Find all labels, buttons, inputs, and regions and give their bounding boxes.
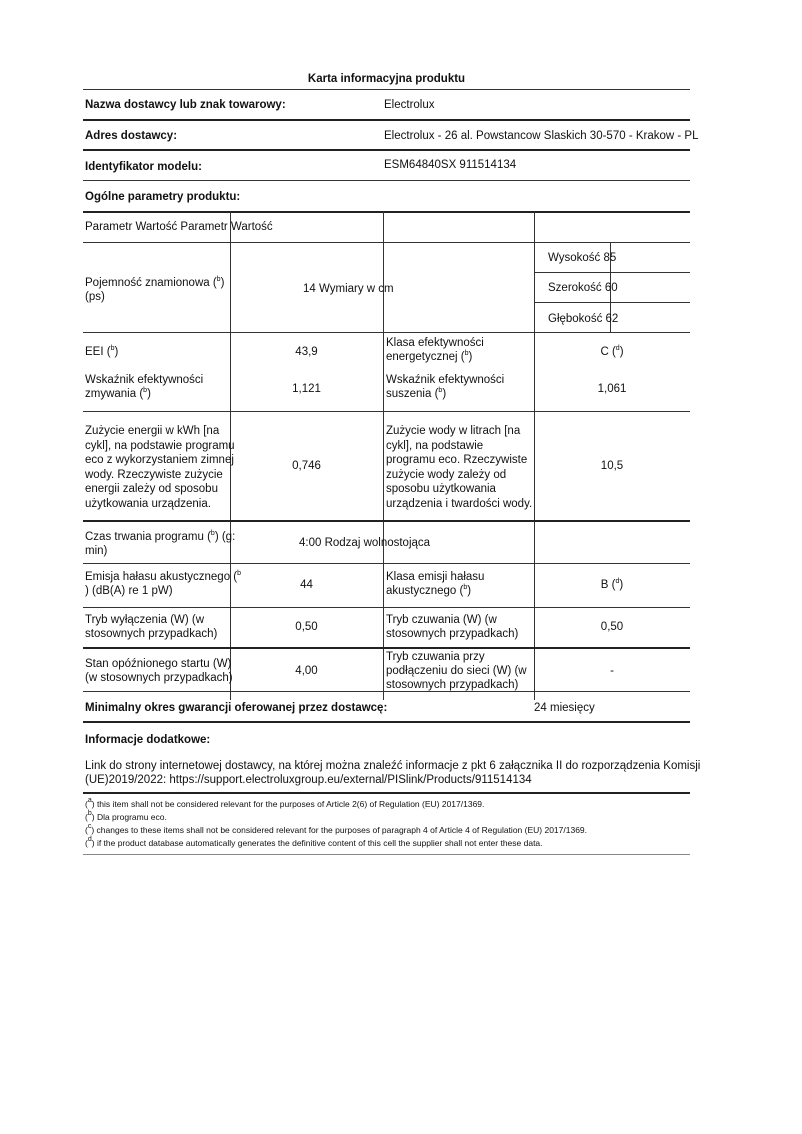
dry-efficiency-label: Wskaźnik efektywnościsuszenia (b) [386,373,504,401]
label-line: cykl], na podstawie programu [85,440,235,452]
wash-efficiency-label: Wskaźnik efektywnościzmywania (b) [85,373,203,401]
row-divider [83,520,690,522]
additional-info-link[interactable]: (UE)2019/2022: https://support.electrolu… [85,773,532,787]
energy-consumption-value: 0,746 [230,459,383,473]
water-consumption-label: Zużycie wody w litrach [nacykl], na pods… [386,424,532,511]
supplier-name-label: Nazwa dostawcy lub znak towarowy: [85,98,286,112]
row-divider [83,411,690,412]
divider [83,149,690,151]
program-duration-value: 4:00 Rodzaj wolnostojąca [299,536,430,550]
water-consumption-value: 10,5 [534,459,690,473]
general-params-heading: Ogólne parametry produktu: [85,190,240,204]
supplier-address-value: Electrolux - 26 al. Powstancow Slaskich … [384,129,698,143]
divider [83,180,690,181]
row-divider [83,563,690,564]
capacity-label: Pojemność znamionowa (b) [85,276,224,290]
model-id-label: Identyfikator modelu: [85,160,202,174]
label-line: Zużycie energii w kWh [na [85,425,219,437]
table-top-border [83,211,690,213]
dimension-width: Szerokość 60 [548,281,618,295]
footnote-a: (a) this item shall not be considered re… [85,799,484,810]
label-line: programu eco. Rzeczywiste [386,454,527,466]
delay-start-label: Stan opóźnionego startu (W)(w stosownych… [85,657,233,685]
divider [83,89,690,90]
noise-emission-label: Emisja hałasu akustycznego (b) (dB(A) re… [85,570,241,598]
eei-label: EEI (b) [85,345,118,359]
warranty-label: Minimalny okres gwarancji oferowanej prz… [85,701,387,715]
energy-class-label: Klasa efektywnościenergetycznej (b) [386,336,484,364]
energy-consumption-label: Zużycie energii w kWh [nacykl], na podst… [85,424,235,511]
row-divider [83,332,690,333]
wash-efficiency-value: 1,121 [230,382,383,396]
label-line: sposobu użytkowania [386,483,496,495]
footnote-d: (d) if the product database automaticall… [85,838,543,849]
standby-mode-value: 0,50 [534,620,690,634]
label-line: użytkowania urządzenia. [85,498,211,510]
footnote-c: (c) changes to these items shall not be … [85,825,587,836]
footnote-b: (b) Dla programu eco. [85,812,167,823]
standby-mode-label: Tryb czuwania (W) (wstosownych przypadka… [386,613,518,641]
eei-value: 43,9 [230,345,383,359]
sheet-title: Karta informacyjna produktu [83,72,690,86]
networked-standby-value: - [534,664,690,678]
model-id-value: ESM64840SX 911514134 [384,158,516,172]
row-divider [83,242,690,243]
off-mode-label: Tryb wyłączenia (W) (wstosownych przypad… [85,613,217,641]
additional-info-text-line1: Link do strony internetowej dostawcy, na… [85,759,700,773]
label-line: Zużycie wody w litrach [na [386,425,520,437]
networked-standby-label: Tryb czuwania przypodłączeniu do sieci (… [386,650,527,692]
label-line: urządzenia i twardości wody. [386,498,532,510]
supplier-address-label: Adres dostawcy: [85,129,177,143]
divider [83,721,690,723]
row-divider [83,607,690,608]
dimension-depth: Głębokość 62 [548,312,618,326]
off-mode-value: 0,50 [230,620,383,634]
dimension-height: Wysokość 85 [548,251,616,265]
label-line: energii zależy od sposobu [85,483,218,495]
row-divider [83,647,690,649]
delay-start-value: 4,00 [230,664,383,678]
divider [83,854,690,855]
label-line: wody. Rzeczywiste zużycie [85,469,223,481]
dimension-divider [534,272,690,273]
divider [83,119,690,121]
program-duration-label: Czas trwania programu (b) (g:min) [85,530,235,558]
table-header-row: Parametr Wartość Parametr Wartość [85,220,273,234]
additional-info-heading: Informacje dodatkowe: [85,733,210,747]
divider [83,792,690,794]
capacity-value: 14 Wymiary w cm [303,282,394,296]
label-line: zużycie wody zależy od [386,469,506,481]
dry-efficiency-value: 1,061 [534,382,690,396]
row-divider [83,691,690,692]
energy-class-value: C (d) [534,345,690,359]
warranty-value: 24 miesięcy [534,701,595,715]
capacity-unit: (ps) [85,290,105,304]
noise-class-value: B (d) [534,578,690,592]
dimension-divider [534,302,690,303]
noise-emission-value: 44 [230,578,383,592]
label-line: eco z wykorzystaniem zimnej [85,454,234,466]
supplier-name-value: Electrolux [384,98,435,112]
label-line: cykl], na podstawie [386,440,483,452]
noise-class-label: Klasa emisji hałasuakustycznego (b) [386,570,484,598]
